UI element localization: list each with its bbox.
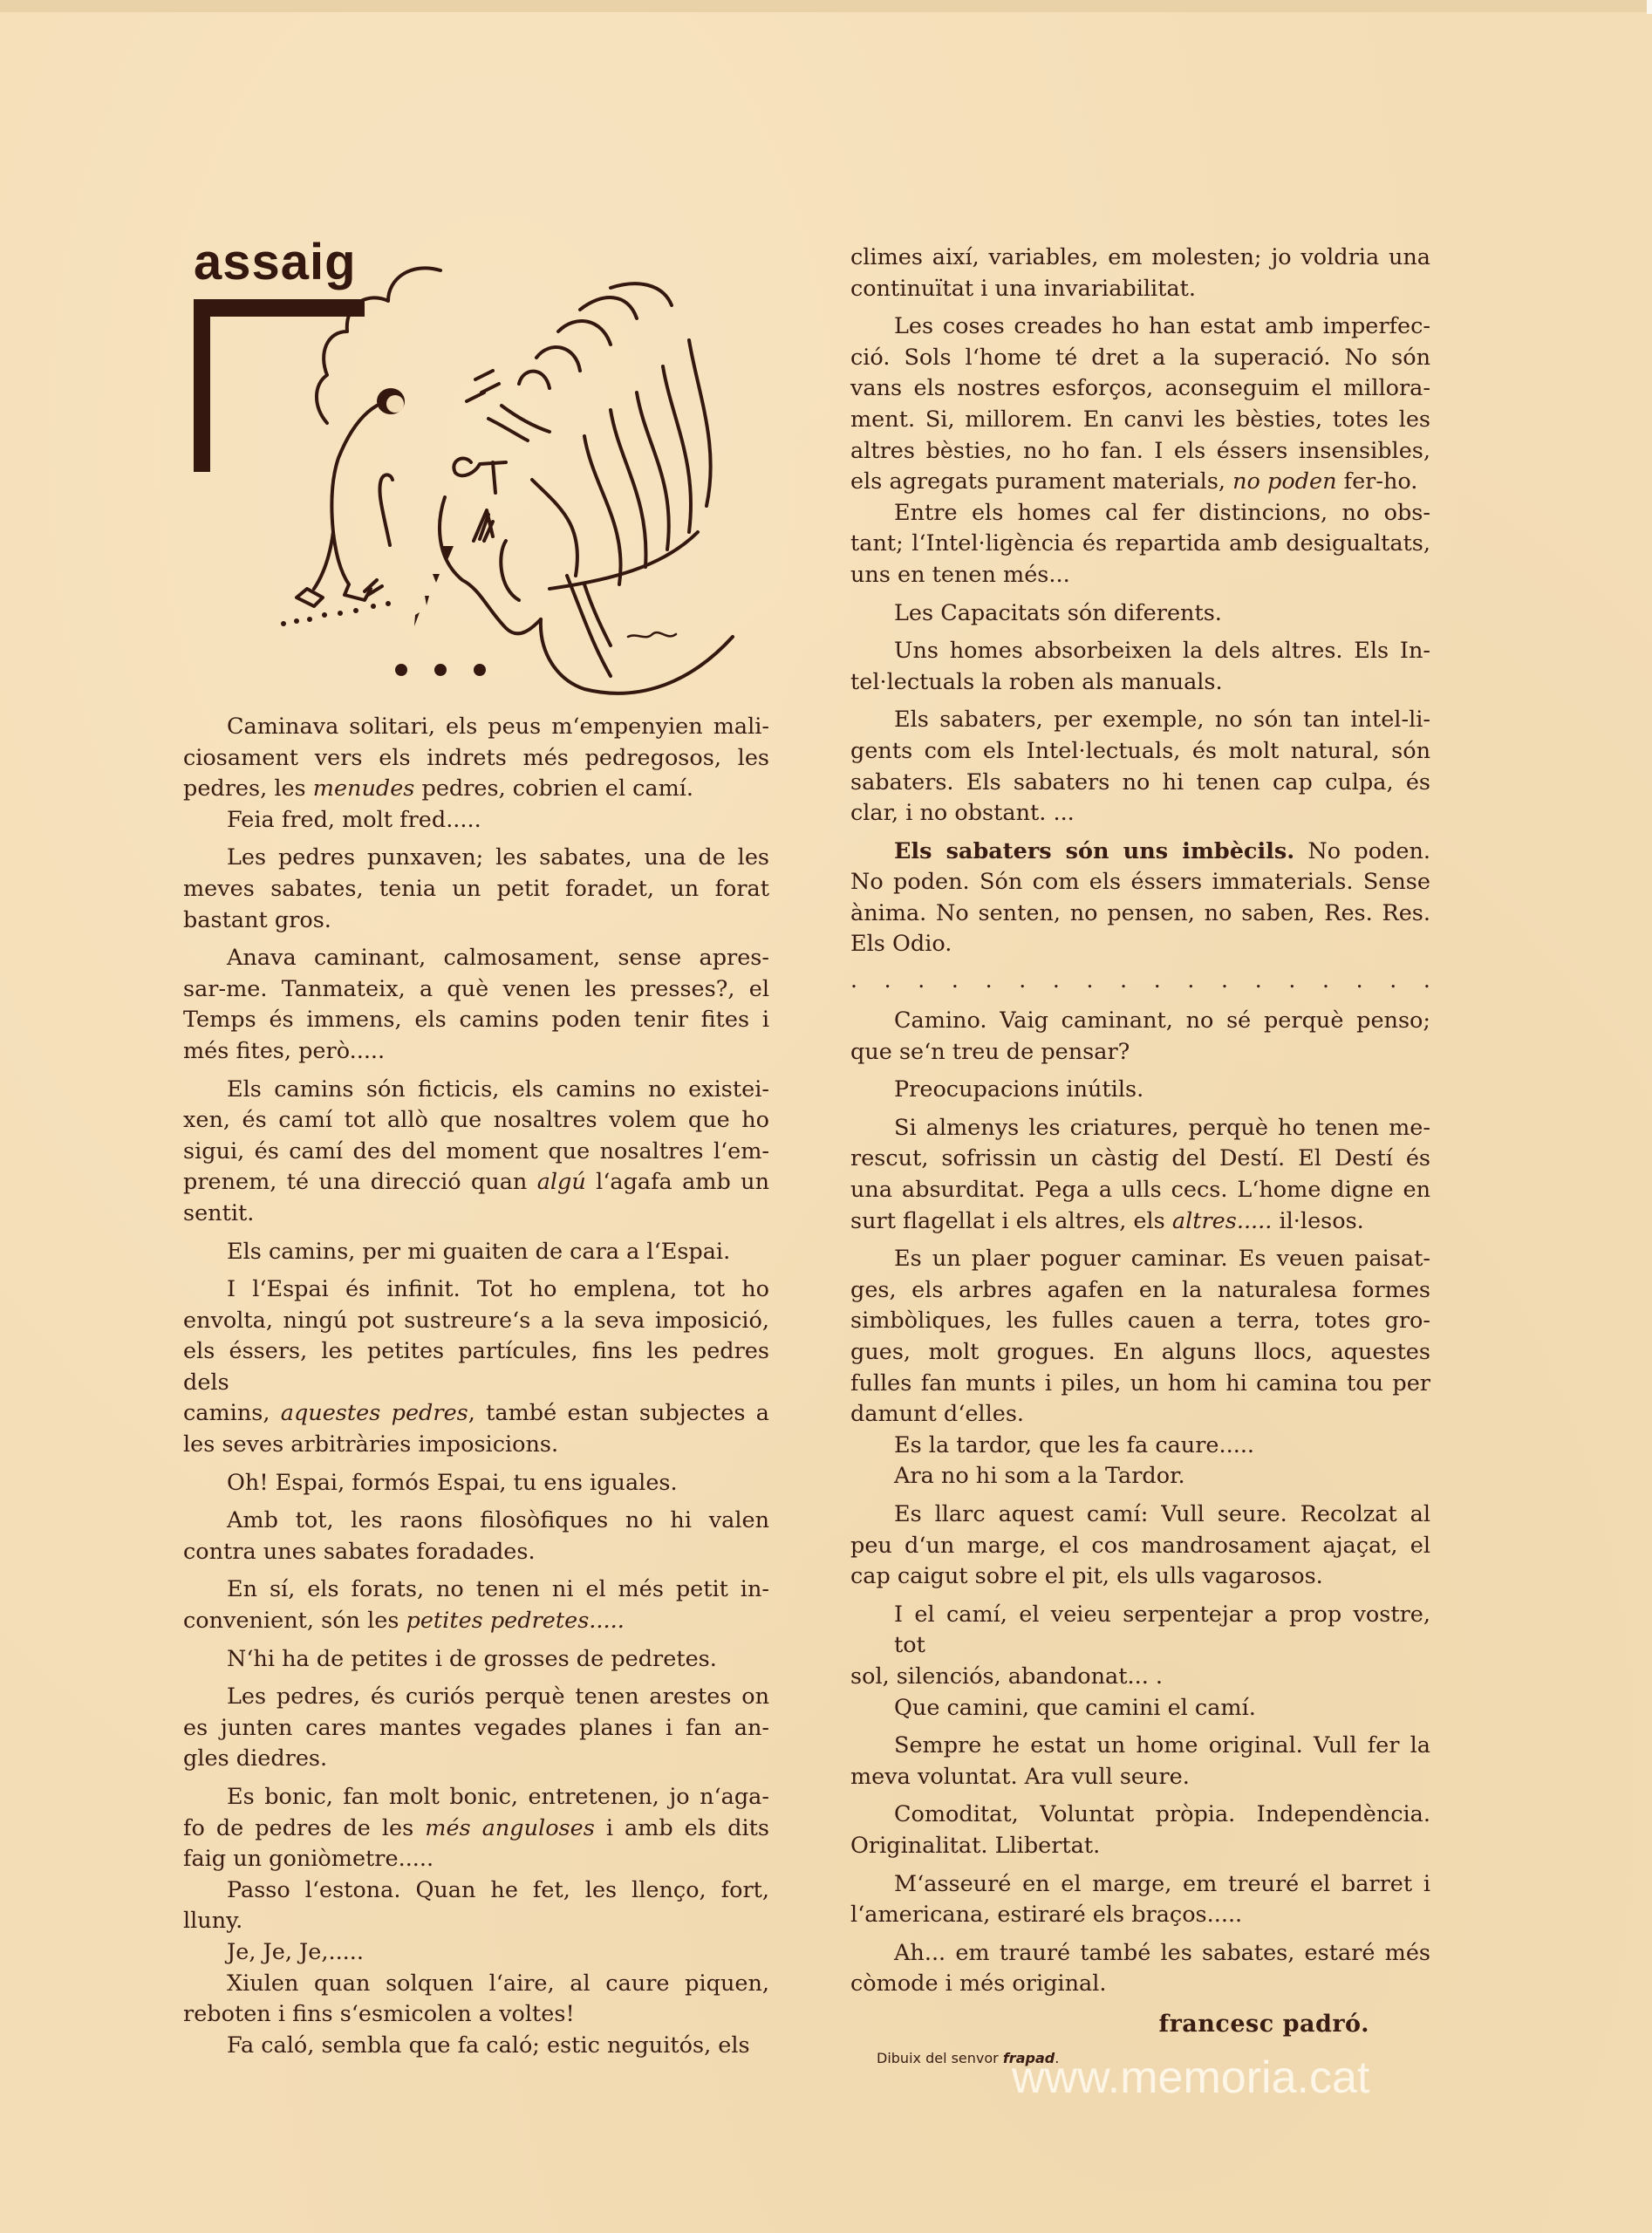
credit-prefix: Dibuix del senvor xyxy=(877,2050,1003,2066)
caricature-illustration xyxy=(174,244,785,698)
text-line: bastant gros. xyxy=(183,905,769,937)
text-line: tant; l‘Intel·ligència és repartida amb … xyxy=(850,529,1430,560)
page-corner xyxy=(1647,0,1652,14)
separator-dot: . xyxy=(918,967,925,994)
text-line: pedres, les menudes pedres, cobrien el c… xyxy=(183,774,769,805)
text-line: Oh! Espai, formós Espai, tu ens iguales. xyxy=(183,1468,769,1499)
text-line: M‘asseuré en el marge, em treuré el barr… xyxy=(850,1869,1430,1901)
text-line: meves sabates, tenia un petit foradet, u… xyxy=(183,874,769,905)
text-line: Els sabaters són uns imbècils. No poden. xyxy=(850,837,1430,868)
article-column-left: Caminava solitari, els peus m‘empenyien … xyxy=(183,712,769,2068)
paragraph: Les coses creades ho han estat amb imper… xyxy=(850,311,1430,498)
text-line: Feia fred, molt fred..... xyxy=(183,805,769,837)
text-line: els éssers, les petites partícules, fins… xyxy=(183,1336,769,1398)
text-line: lluny. xyxy=(183,1906,769,1937)
text-line: xen, és camí tot allò que nosaltres vole… xyxy=(183,1105,769,1137)
author-signature: francesc padró. xyxy=(850,2011,1430,2038)
text-line: fulles fan munts i piles, un hom hi cami… xyxy=(850,1369,1430,1400)
paragraph: Camino. Vaig caminant, no sé perquè pens… xyxy=(850,1006,1430,1068)
text-line: Les pedres, és curiós perquè tenen arest… xyxy=(183,1682,769,1713)
separator-dot: . xyxy=(1389,967,1396,994)
article-column-right: climes així, variables, em molesten; jo … xyxy=(850,242,1430,2066)
text-line: tel·lectuals la roben als manuals. xyxy=(850,667,1430,699)
separator-dot: . xyxy=(1053,967,1060,994)
text-line: faig un goniòmetre..... xyxy=(183,1844,769,1875)
text-line: Anava caminant, calmosament, sense apres… xyxy=(183,943,769,974)
text-line: Fa caló, sembla que fa caló; estic negui… xyxy=(183,2031,769,2062)
paragraph: Je, Je, Je,..... xyxy=(183,1937,769,1969)
text-line: Es la tardor, que les fa caure..... xyxy=(850,1431,1430,1462)
text-line: còmode i més original. xyxy=(850,1969,1430,2000)
separator-dot: . xyxy=(952,967,959,994)
text-line: No poden. Són com els éssers immaterials… xyxy=(850,867,1430,898)
paragraph: Les pedres punxaven; les sabates, una de… xyxy=(183,843,769,936)
paragraph: Caminava solitari, els peus m‘empenyien … xyxy=(183,712,769,805)
separator-dot: . xyxy=(884,967,891,994)
paragraph: Uns homes absorbeixen la dels altres. El… xyxy=(850,636,1430,698)
text-line: ciosament vers els indrets més pedregoso… xyxy=(183,743,769,775)
separator-dot: . xyxy=(1322,967,1329,994)
text-line: sar-me. Tanmateix, a què venen les press… xyxy=(183,974,769,1006)
paragraph: Es la tardor, que les fa caure..... xyxy=(850,1431,1430,1462)
text-line: sigui, és camí des del moment que nosalt… xyxy=(183,1137,769,1168)
text-line: Els camins, per mi guaiten de cara a l‘E… xyxy=(183,1237,769,1268)
paragraph: I el camí, el veieu serpentejar a prop v… xyxy=(850,1600,1430,1693)
section-separator-dots: .................. xyxy=(850,967,1430,994)
text-line: gues, molt grogues. En alguns llocs, aqu… xyxy=(850,1337,1430,1369)
text-line: cap caigut sobre el pit, els ulls vagaro… xyxy=(850,1561,1430,1593)
text-line: Entre els homes cal fer distincions, no … xyxy=(850,498,1430,529)
paragraph: Passo l‘estona. Quan he fet, les llenço,… xyxy=(183,1875,769,1937)
text-line: ció. Sols l‘home té dret a la superació.… xyxy=(850,343,1430,374)
separator-dot: . xyxy=(1154,967,1161,994)
text-line: convenient, són les petites pedretes....… xyxy=(183,1606,769,1637)
text-line: Es llarc aquest camí: Vull seure. Recolz… xyxy=(850,1499,1430,1531)
separator-dot: . xyxy=(1120,967,1127,994)
text-line: ment. Si, millorem. En canvi les bèsties… xyxy=(850,405,1430,436)
paragraph: Els camins, per mi guaiten de cara a l‘E… xyxy=(183,1237,769,1268)
paragraph: Els camins són ficticis, els camins no e… xyxy=(183,1075,769,1230)
text-line: uns en tenen més... xyxy=(850,560,1430,591)
separator-dot: . xyxy=(1288,967,1295,994)
paragraph: Si almenys les criatures, perquè ho tene… xyxy=(850,1113,1430,1237)
paragraph: N‘hi ha de petites i de grosses de pedre… xyxy=(183,1644,769,1676)
text-line: Es un plaer poguer caminar. Es veuen pai… xyxy=(850,1244,1430,1275)
text-line: sol, silenciós, abandonat... . xyxy=(850,1662,1430,1693)
separator-dot: . xyxy=(1423,967,1430,994)
text-line: continuïtat i una invariabilitat. xyxy=(850,274,1430,305)
paragraph: Xiulen quan solquen l‘aire, al caure piq… xyxy=(183,1969,769,2031)
text-line: meva voluntat. Ara vull seure. xyxy=(850,1762,1430,1793)
text-line: que se‘n treu de pensar? xyxy=(850,1037,1430,1069)
text-line: I l‘Espai és infinit. Tot ho emplena, to… xyxy=(183,1274,769,1306)
text-line: sentit. xyxy=(183,1198,769,1230)
paragraph: climes així, variables, em molesten; jo … xyxy=(850,242,1430,304)
separator-dot: . xyxy=(1019,967,1026,994)
separator-dot: . xyxy=(1086,967,1093,994)
text-line: Els Odio. xyxy=(850,929,1430,960)
separator-dot: . xyxy=(1221,967,1228,994)
text-line: envolta, ningú pot sustreure‘s a la seva… xyxy=(183,1306,769,1337)
text-line: simbòliques, les fulles cauen a terra, t… xyxy=(850,1306,1430,1337)
paragraph: Ah... em trauré també les sabates, estar… xyxy=(850,1938,1430,2000)
paragraph: Feia fred, molt fred..... xyxy=(183,805,769,837)
text-line: Amb tot, les raons filosòfiques no hi va… xyxy=(183,1506,769,1537)
separator-dot: . xyxy=(1187,967,1194,994)
text-line: Les coses creades ho han estat amb imper… xyxy=(850,311,1430,343)
text-line: Uns homes absorbeixen la dels altres. El… xyxy=(850,636,1430,667)
text-line: I el camí, el veieu serpentejar a prop v… xyxy=(850,1600,1430,1662)
text-line: Sempre he estat un home original. Vull f… xyxy=(850,1731,1430,1762)
text-line: ànima. No senten, no pensen, no saben, R… xyxy=(850,898,1430,930)
text-line: damunt d‘elles. xyxy=(850,1399,1430,1431)
paragraph: Es bonic, fan molt bonic, entretenen, jo… xyxy=(183,1782,769,1875)
text-line: Ah... em trauré també les sabates, estar… xyxy=(850,1938,1430,1970)
paragraph: Les pedres, és curiós perquè tenen arest… xyxy=(183,1682,769,1775)
paragraph: Els sabaters són uns imbècils. No poden.… xyxy=(850,837,1430,960)
watermark: www.memoria.cat xyxy=(1012,2052,1369,2104)
text-line: una absurditat. Pega a ulls cecs. L‘home… xyxy=(850,1175,1430,1206)
paragraph: Oh! Espai, formós Espai, tu ens iguales. xyxy=(183,1468,769,1499)
paragraph: Les Capacitats són diferents. xyxy=(850,598,1430,630)
paragraph: M‘asseuré en el marge, em treuré el barr… xyxy=(850,1869,1430,1931)
text-line: En sí, els forats, no tenen ni el més pe… xyxy=(183,1574,769,1606)
text-line: Les Capacitats són diferents. xyxy=(850,598,1430,630)
text-line: sabaters. Els sabaters no hi tenen cap c… xyxy=(850,768,1430,799)
text-line: N‘hi ha de petites i de grosses de pedre… xyxy=(183,1644,769,1676)
text-line: Preocupacions inútils. xyxy=(850,1075,1430,1106)
text-line: vans els nostres esforços, aconseguim el… xyxy=(850,373,1430,405)
text-line: contra unes sabates foradades. xyxy=(183,1537,769,1568)
paragraph: En sí, els forats, no tenen ni el més pe… xyxy=(183,1574,769,1636)
text-line: més fites, però..... xyxy=(183,1036,769,1068)
text-line: les seves arbitràries imposicions. xyxy=(183,1430,769,1461)
paragraph: I l‘Espai és infinit. Tot ho emplena, to… xyxy=(183,1274,769,1461)
text-line: Je, Je, Je,..... xyxy=(183,1937,769,1969)
paragraph: Comoditat, Voluntat pròpia. Independènci… xyxy=(850,1799,1430,1861)
separator-dot: . xyxy=(986,967,993,994)
text-line: peu d‘un marge, el cos mandrosament ajaç… xyxy=(850,1531,1430,1562)
text-line: gents com els Intel·lectuals, és molt na… xyxy=(850,736,1430,768)
text-line: Temps és immens, els camins poden tenir … xyxy=(183,1005,769,1036)
text-line: Que camini, que camini el camí. xyxy=(850,1693,1430,1724)
text-line: Els sabaters, per exemple, no són tan in… xyxy=(850,705,1430,736)
paragraph: Que camini, que camini el camí. xyxy=(850,1693,1430,1724)
paragraph: Es un plaer poguer caminar. Es veuen pai… xyxy=(850,1244,1430,1431)
separator-dot: . xyxy=(1255,967,1262,994)
text-line: camins, aquestes pedres, també estan sub… xyxy=(183,1398,769,1430)
text-line: Caminava solitari, els peus m‘empenyien … xyxy=(183,712,769,743)
paragraph: Entre els homes cal fer distincions, no … xyxy=(850,498,1430,591)
text-line: surt flagellat i els altres, els altres.… xyxy=(850,1206,1430,1238)
text-line: Es bonic, fan molt bonic, entretenen, jo… xyxy=(183,1782,769,1813)
text-line: prenem, té una direcció quan algú l‘agaf… xyxy=(183,1167,769,1198)
text-line: gles diedres. xyxy=(183,1744,769,1775)
text-line: Camino. Vaig caminant, no sé perquè pens… xyxy=(850,1006,1430,1037)
page-top-edge xyxy=(0,0,1652,12)
text-line: Originalitat. Llibertat. xyxy=(850,1831,1430,1862)
text-line: reboten i fins s‘esmicolen a voltes! xyxy=(183,1999,769,2031)
text-line: els agregats purament materials, no pode… xyxy=(850,467,1430,498)
paragraph: Els sabaters, per exemple, no són tan in… xyxy=(850,705,1430,829)
text-line: altres bèsties, no ho fan. I els éssers … xyxy=(850,436,1430,468)
paragraph: Anava caminant, calmosament, sense apres… xyxy=(183,943,769,1067)
text-line: Si almenys les criatures, perquè ho tene… xyxy=(850,1113,1430,1144)
paragraph: Ara no hi som a la Tardor. xyxy=(850,1461,1430,1492)
article-text-part-2: Camino. Vaig caminant, no sé perquè pens… xyxy=(850,1006,1430,2000)
text-line: climes així, variables, em molesten; jo … xyxy=(850,242,1430,274)
text-line: Comoditat, Voluntat pròpia. Independènci… xyxy=(850,1799,1430,1831)
paragraph: Fa caló, sembla que fa caló; estic negui… xyxy=(183,2031,769,2062)
text-line: Les pedres punxaven; les sabates, una de… xyxy=(183,843,769,874)
text-line: Ara no hi som a la Tardor. xyxy=(850,1461,1430,1492)
text-line: clar, i no obstant. ... xyxy=(850,798,1430,830)
text-line: ges, els arbres agafen en la naturalesa … xyxy=(850,1275,1430,1307)
text-line: Passo l‘estona. Quan he fet, les llenço,… xyxy=(183,1875,769,1907)
separator-dot: . xyxy=(850,967,857,994)
text-line: Els camins són ficticis, els camins no e… xyxy=(183,1075,769,1106)
paragraph: Amb tot, les raons filosòfiques no hi va… xyxy=(183,1506,769,1567)
text-line: rescut, sofrissin un càstig del Destí. E… xyxy=(850,1144,1430,1175)
text-line: fo de pedres de les més anguloses i amb … xyxy=(183,1813,769,1845)
text-line: Xiulen quan solquen l‘aire, al caure piq… xyxy=(183,1969,769,2000)
paragraph: Preocupacions inútils. xyxy=(850,1075,1430,1106)
paragraph: Es llarc aquest camí: Vull seure. Recolz… xyxy=(850,1499,1430,1593)
separator-dot: . xyxy=(1356,967,1363,994)
text-line: l‘americana, estiraré els braços..... xyxy=(850,1900,1430,1931)
paragraph: Sempre he estat un home original. Vull f… xyxy=(850,1731,1430,1793)
article-text-part-1: climes així, variables, em molesten; jo … xyxy=(850,242,1430,960)
text-line: es junten cares mantes vegades planes i … xyxy=(183,1713,769,1745)
